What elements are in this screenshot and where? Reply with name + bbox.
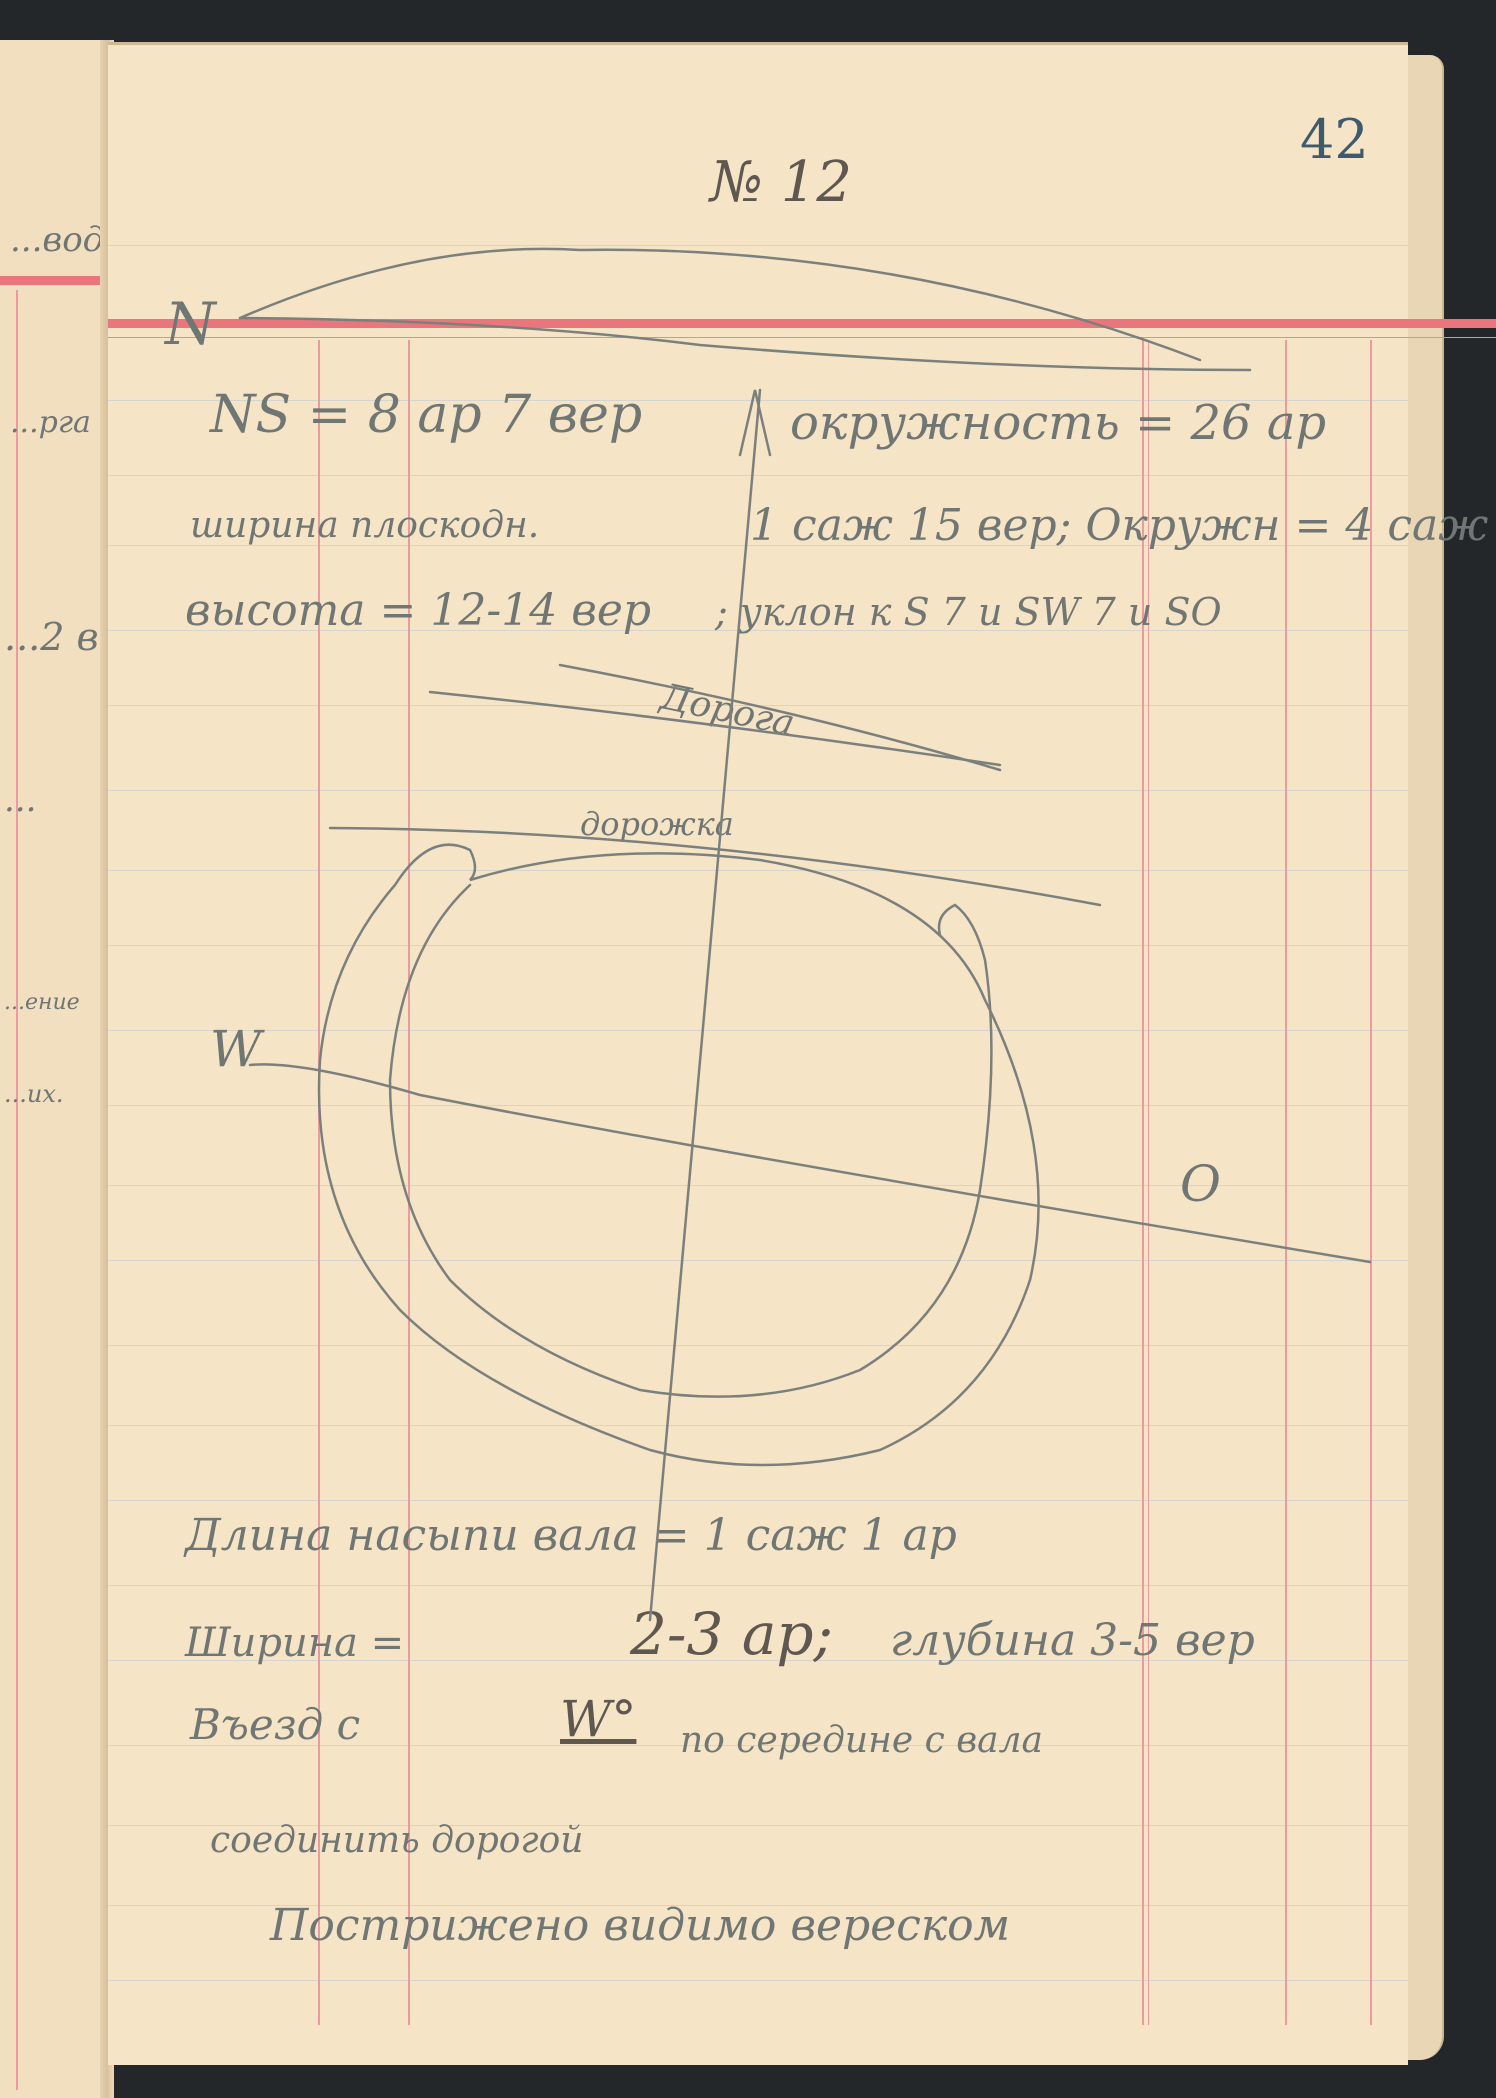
road-line xyxy=(430,692,1000,765)
outer-rampart xyxy=(319,845,1039,1465)
site-sketch-drawing xyxy=(0,0,1496,2098)
west-east-axis xyxy=(250,1064,1370,1262)
north-arrow-curve xyxy=(240,249,1200,360)
inner-rampart xyxy=(390,885,991,1397)
north-south-axis xyxy=(650,390,760,1620)
